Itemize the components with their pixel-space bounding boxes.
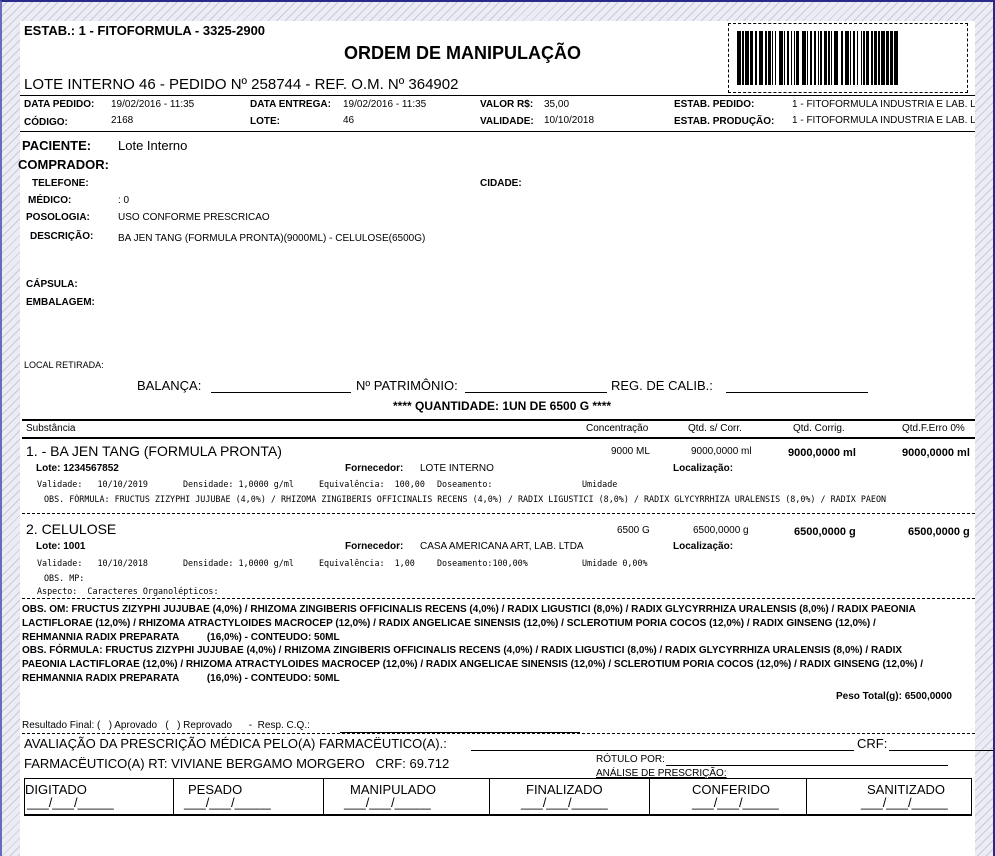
item-aspecto: Aspecto: Caracteres Organolépticos:: [37, 586, 219, 596]
paciente-value: Lote Interno: [118, 138, 187, 153]
col-concentracao: Concentração: [586, 423, 648, 434]
item-fornecedor: CASA AMERICANA ART, LAB. LTDA: [420, 541, 584, 552]
stage-signoff-table: DIGITADO ___/___/_____ PESADO ___/___/__…: [24, 778, 972, 816]
stage-date[interactable]: ___/___/_____: [27, 795, 114, 810]
item-doseamento: Doseamento:: [437, 479, 492, 489]
posologia-label: POSOLOGIA:: [26, 212, 90, 223]
item-validade: Validade: 10/10/2018: [37, 558, 148, 568]
obs-om-line: REHMANNIA RADIX PREPARATA (16,0%) - CONT…: [22, 632, 340, 643]
item-qtd-s-corr: 9000,0000 ml: [691, 446, 752, 457]
item-qtd-s-corr: 6500,0000 g: [693, 525, 749, 536]
comprador-label: COMPRADOR:: [18, 157, 109, 172]
stage-date[interactable]: ___/___/_____: [344, 795, 431, 810]
document-subtitle: LOTE INTERNO 46 - PEDIDO Nº 258744 - REF…: [24, 76, 458, 93]
item-concentracao: 6500 G: [617, 525, 650, 536]
reg-calib-label: REG. DE CALIB.:: [611, 378, 713, 393]
item-qtd-f-erro: 9000,0000 ml: [902, 447, 970, 459]
document-page: ESTAB.: 1 - FITOFORMULA - 3325-2900 ORDE…: [20, 21, 975, 856]
rotulo-por-label: RÓTULO POR:: [596, 754, 665, 765]
stage-date[interactable]: ___/___/_____: [184, 795, 271, 810]
stage-manipulado[interactable]: MANIPULADO ___/___/_____: [324, 779, 490, 814]
validade-value: 10/10/2018: [544, 115, 594, 126]
peso-total: Peso Total(g): 6500,0000: [836, 691, 952, 702]
posologia-value: USO CONFORME PRESCRICAO: [118, 212, 270, 223]
avaliacao-label: AVALIAÇÃO DA PRESCRIÇÃO MÉDICA PELO(A) F…: [24, 736, 447, 751]
stage-finalizado[interactable]: FINALIZADO ___/___/_____: [490, 779, 650, 814]
avaliacao-field[interactable]: [471, 750, 854, 751]
descricao-label: DESCRIÇÃO:: [30, 231, 93, 242]
item-umidade: Umidade 0,00%: [582, 558, 648, 568]
item-umidade: Umidade: [582, 479, 617, 489]
valor-label: VALOR R$:: [480, 99, 533, 110]
item-densidade: Densidade: 1,0000 g/ml: [183, 558, 294, 568]
item-equivalencia: Equivalência: 100,00: [319, 479, 425, 489]
item-qtd-f-erro: 6500,0000 g: [908, 526, 970, 538]
stage-date[interactable]: ___/___/_____: [521, 795, 608, 810]
stage-pesado[interactable]: PESADO ___/___/_____: [174, 779, 324, 814]
data-pedido-label: DATA PEDIDO:: [24, 99, 94, 110]
quantidade-banner: **** QUANTIDADE: 1UN DE 6500 G ****: [393, 399, 611, 413]
stage-date[interactable]: ___/___/_____: [861, 795, 948, 810]
item-localizacao-label: Localização:: [673, 541, 733, 552]
codigo-label: CÓDIGO:: [24, 117, 68, 128]
barcode-icon: [737, 31, 959, 85]
resultado-final: Resultado Final: ( ) Aprovado ( ) Reprov…: [22, 720, 310, 731]
medico-value: : 0: [118, 195, 129, 206]
obs-om-line: OBS. OM: FRUCTUS ZIZYPHI JUJUBAE (4,0%) …: [22, 604, 916, 615]
obs-om-line: LACTIFLORAE (12,0%) / RHIZOMA ATRACTYLOI…: [22, 618, 876, 629]
data-entrega-label: DATA ENTREGA:: [250, 99, 331, 110]
document-title: ORDEM DE MANIPULAÇÃO: [344, 43, 581, 64]
balanca-field[interactable]: [211, 392, 351, 393]
estab-producao-label: ESTAB. PRODUÇÃO:: [674, 116, 774, 127]
rotulo-por-field[interactable]: [666, 765, 948, 766]
stage-date[interactable]: ___/___/_____: [692, 795, 779, 810]
data-pedido-value: 19/02/2016 - 11:35: [111, 99, 194, 110]
item-doseamento: Doseamento:100,00%: [437, 558, 528, 568]
reg-calib-field[interactable]: [726, 392, 868, 393]
estab-pedido-value: 1 - FITOFORMULA INDUSTRIA E LAB. L: [792, 99, 975, 110]
item-localizacao-label: Localização:: [673, 463, 733, 474]
obs-formula-line: PAEONIA LACTIFLORAE (12,0%) / RHIZOMA AT…: [22, 659, 923, 670]
item-name: 1. - BA JEN TANG (FORMULA PRONTA): [26, 443, 282, 459]
patrimonio-label: Nº PATRIMÔNIO:: [356, 378, 458, 393]
item-equivalencia: Equivalência: 1,00: [319, 558, 415, 568]
stage-sanitizado[interactable]: SANITIZADO ___/___/_____: [807, 779, 971, 814]
lote-label: LOTE:: [250, 116, 280, 127]
codigo-value: 2168: [111, 115, 133, 126]
stage-digitado[interactable]: DIGITADO ___/___/_____: [25, 779, 174, 814]
col-qtd-s-corr: Qtd. s/ Corr.: [688, 423, 742, 434]
balanca-label: BALANÇA:: [137, 378, 201, 393]
telefone-label: TELEFONE:: [32, 178, 89, 189]
lote-value: 46: [343, 115, 354, 126]
col-qtd-corrig: Qtd. Corrig.: [793, 423, 845, 434]
cidade-label: CIDADE:: [480, 178, 522, 189]
descricao-value: BA JEN TANG (FORMULA PRONTA)(9000ML) - C…: [118, 233, 425, 244]
item-densidade: Densidade: 1,0000 g/ml: [183, 479, 294, 489]
item-qtd-corrig: 6500,0000 g: [794, 526, 856, 538]
item-fornecedor-label: Fornecedor:: [345, 541, 403, 552]
barcode-frame: [728, 23, 968, 93]
item-fornecedor-label: Fornecedor:: [345, 463, 403, 474]
item-qtd-corrig: 9000,0000 ml: [788, 447, 856, 459]
crf-label: CRF:: [857, 736, 887, 751]
validade-label: VALIDADE:: [480, 116, 534, 127]
paciente-label: PACIENTE:: [22, 138, 91, 153]
item-obs-formula: OBS. FÓRMULA: FRUCTUS ZIZYPHI JUJUBAE (4…: [44, 494, 971, 504]
capsula-label: CÁPSULA:: [26, 279, 78, 290]
local-retirada-label: LOCAL RETIRADA:: [24, 360, 104, 370]
col-substancia: Substância: [26, 423, 75, 434]
obs-formula-line: OBS. FÓRMULA: FRUCTUS ZIZYPHI JUJUBAE (4…: [22, 645, 902, 656]
embalagem-label: EMBALAGEM:: [26, 297, 95, 308]
valor-value: 35,00: [544, 99, 569, 110]
crf-field[interactable]: [889, 750, 993, 751]
data-entrega-value: 19/02/2016 - 11:35: [343, 99, 426, 110]
item-lote: Lote: 1001: [36, 541, 85, 552]
farmaceutico-rt: FARMACËUTICO(A) RT: VIVIANE BERGAMO MORG…: [24, 756, 449, 771]
item-concentracao: 9000 ML: [611, 446, 650, 457]
item-obs-mp: OBS. MP:: [44, 573, 84, 583]
item-lote: Lote: 1234567852: [36, 463, 119, 474]
item-fornecedor: LOTE INTERNO: [420, 463, 494, 474]
stage-conferido[interactable]: CONFERIDO ___/___/_____: [650, 779, 807, 814]
estab-pedido-label: ESTAB. PEDIDO:: [674, 99, 754, 110]
estab-header: ESTAB.: 1 - FITOFORMULA - 3325-2900: [24, 23, 265, 38]
medico-label: MÉDICO:: [28, 195, 71, 206]
col-qtd-f-erro: Qtd.F.Erro 0%: [902, 423, 965, 434]
item-validade: Validade: 10/10/2019: [37, 479, 148, 489]
obs-formula-line: REHMANNIA RADIX PREPARATA (16,0%) - CONT…: [22, 673, 340, 684]
patrimonio-field[interactable]: [465, 392, 607, 393]
item-name: 2. CELULOSE: [26, 521, 116, 537]
estab-producao-value: 1 - FITOFORMULA INDUSTRIA E LAB. L: [792, 115, 975, 126]
